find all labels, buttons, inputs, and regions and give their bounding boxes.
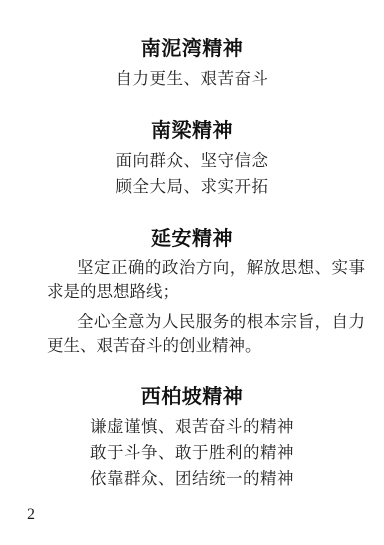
spirit-line: 谦虚谨慎、艰苦奋斗的精神: [0, 414, 384, 440]
spirit-line: 顾全大局、求实开拓: [0, 174, 384, 200]
section-title-yanan: 延安精神: [0, 226, 384, 252]
section-title-xibaipo: 西柏坡精神: [0, 384, 384, 410]
section-nanniwan-spirit: 南泥湾精神 自力更生、艰苦奋斗: [0, 36, 384, 92]
spirit-line: 敢于斗争、敢于胜利的精神: [0, 440, 384, 466]
section-title-nanliang: 南梁精神: [0, 118, 384, 144]
section-xibaipo-spirit: 西柏坡精神 谦虚谨慎、艰苦奋斗的精神 敢于斗争、敢于胜利的精神 依靠群众、团结统…: [0, 384, 384, 492]
page-number: 2: [27, 507, 35, 523]
section-title-nanniwan: 南泥湾精神: [0, 36, 384, 62]
spirit-line: 依靠群众、团结统一的精神: [0, 466, 384, 492]
section-yanan-spirit: 延安精神 坚定正确的政治方向，解放思想、实事求是的思想路线； 全心全意为人民服务…: [0, 226, 384, 358]
spirit-paragraph: 坚定正确的政治方向，解放思想、实事求是的思想路线；: [47, 256, 365, 304]
yanan-paragraphs: 坚定正确的政治方向，解放思想、实事求是的思想路线； 全心全意为人民服务的根本宗旨…: [47, 256, 365, 358]
spirit-line: 面向群众、坚守信念: [0, 148, 384, 174]
spirit-paragraph: 全心全意为人民服务的根本宗旨，自力更生、艰苦奋斗的创业精神。: [47, 310, 365, 358]
section-nanliang-spirit: 南梁精神 面向群众、坚守信念 顾全大局、求实开拓: [0, 118, 384, 200]
spirit-line: 自力更生、艰苦奋斗: [0, 66, 384, 92]
document-page: 南泥湾精神 自力更生、艰苦奋斗 南梁精神 面向群众、坚守信念 顾全大局、求实开拓…: [0, 0, 384, 492]
